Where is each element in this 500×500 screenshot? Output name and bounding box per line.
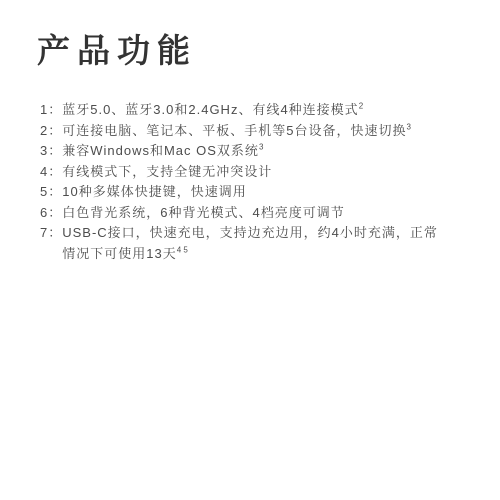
feature-text-body: USB-C接口，快速充电，支持边充边用，约4小时充满，正常情况下可使用13天	[62, 225, 438, 261]
feature-text-body: 可连接电脑、笔记本、平板、手机等5台设备，快速切换	[62, 123, 406, 138]
feature-text-body: 有线模式下，支持全键无冲突设计	[62, 164, 272, 179]
feature-text: 蓝牙5.0、蓝牙3.0和2.4GHz、有线4种连接模式2	[62, 100, 444, 121]
feature-number: 1：	[40, 100, 62, 121]
footnote-ref: 3	[406, 122, 410, 131]
feature-number: 7：	[40, 223, 62, 244]
feature-text: 可连接电脑、笔记本、平板、手机等5台设备，快速切换3	[62, 121, 444, 142]
feature-number: 2：	[40, 121, 62, 142]
feature-item-2: 2： 可连接电脑、笔记本、平板、手机等5台设备，快速切换3	[40, 121, 444, 142]
feature-number: 3：	[40, 141, 62, 162]
feature-number: 4：	[40, 162, 62, 183]
feature-list: 1： 蓝牙5.0、蓝牙3.0和2.4GHz、有线4种连接模式2 2： 可连接电脑…	[40, 100, 444, 264]
feature-item-4: 4： 有线模式下，支持全键无冲突设计	[40, 162, 444, 183]
feature-item-5: 5： 10种多媒体快捷键，快速调用	[40, 182, 444, 203]
feature-text: 有线模式下，支持全键无冲突设计	[62, 162, 444, 183]
footnote-ref: 3	[259, 143, 263, 152]
feature-item-6: 6： 白色背光系统，6种背光模式、4档亮度可调节	[40, 203, 444, 224]
footnote-ref: 2	[359, 102, 363, 111]
feature-text-body: 白色背光系统，6种背光模式、4档亮度可调节	[62, 205, 344, 220]
product-features-section: 产品功能 1： 蓝牙5.0、蓝牙3.0和2.4GHz、有线4种连接模式2 2： …	[0, 0, 500, 500]
feature-number: 5：	[40, 182, 62, 203]
footnote-ref: 4 5	[177, 245, 188, 254]
feature-number: 6：	[40, 203, 62, 224]
feature-item-1: 1： 蓝牙5.0、蓝牙3.0和2.4GHz、有线4种连接模式2	[40, 100, 444, 121]
feature-text: 10种多媒体快捷键，快速调用	[62, 182, 444, 203]
feature-text-body: 10种多媒体快捷键，快速调用	[62, 184, 246, 199]
feature-text: USB-C接口，快速充电，支持边充边用，约4小时充满，正常情况下可使用13天4 …	[62, 223, 444, 264]
feature-item-7: 7： USB-C接口，快速充电，支持边充边用，约4小时充满，正常情况下可使用13…	[40, 223, 444, 264]
feature-item-3: 3： 兼容Windows和Mac OS双系统3	[40, 141, 444, 162]
page-title: 产品功能	[37, 32, 197, 70]
feature-text-body: 兼容Windows和Mac OS双系统	[62, 143, 259, 158]
feature-text: 兼容Windows和Mac OS双系统3	[62, 141, 444, 162]
feature-text: 白色背光系统，6种背光模式、4档亮度可调节	[62, 203, 444, 224]
feature-text-body: 蓝牙5.0、蓝牙3.0和2.4GHz、有线4种连接模式	[62, 102, 358, 117]
